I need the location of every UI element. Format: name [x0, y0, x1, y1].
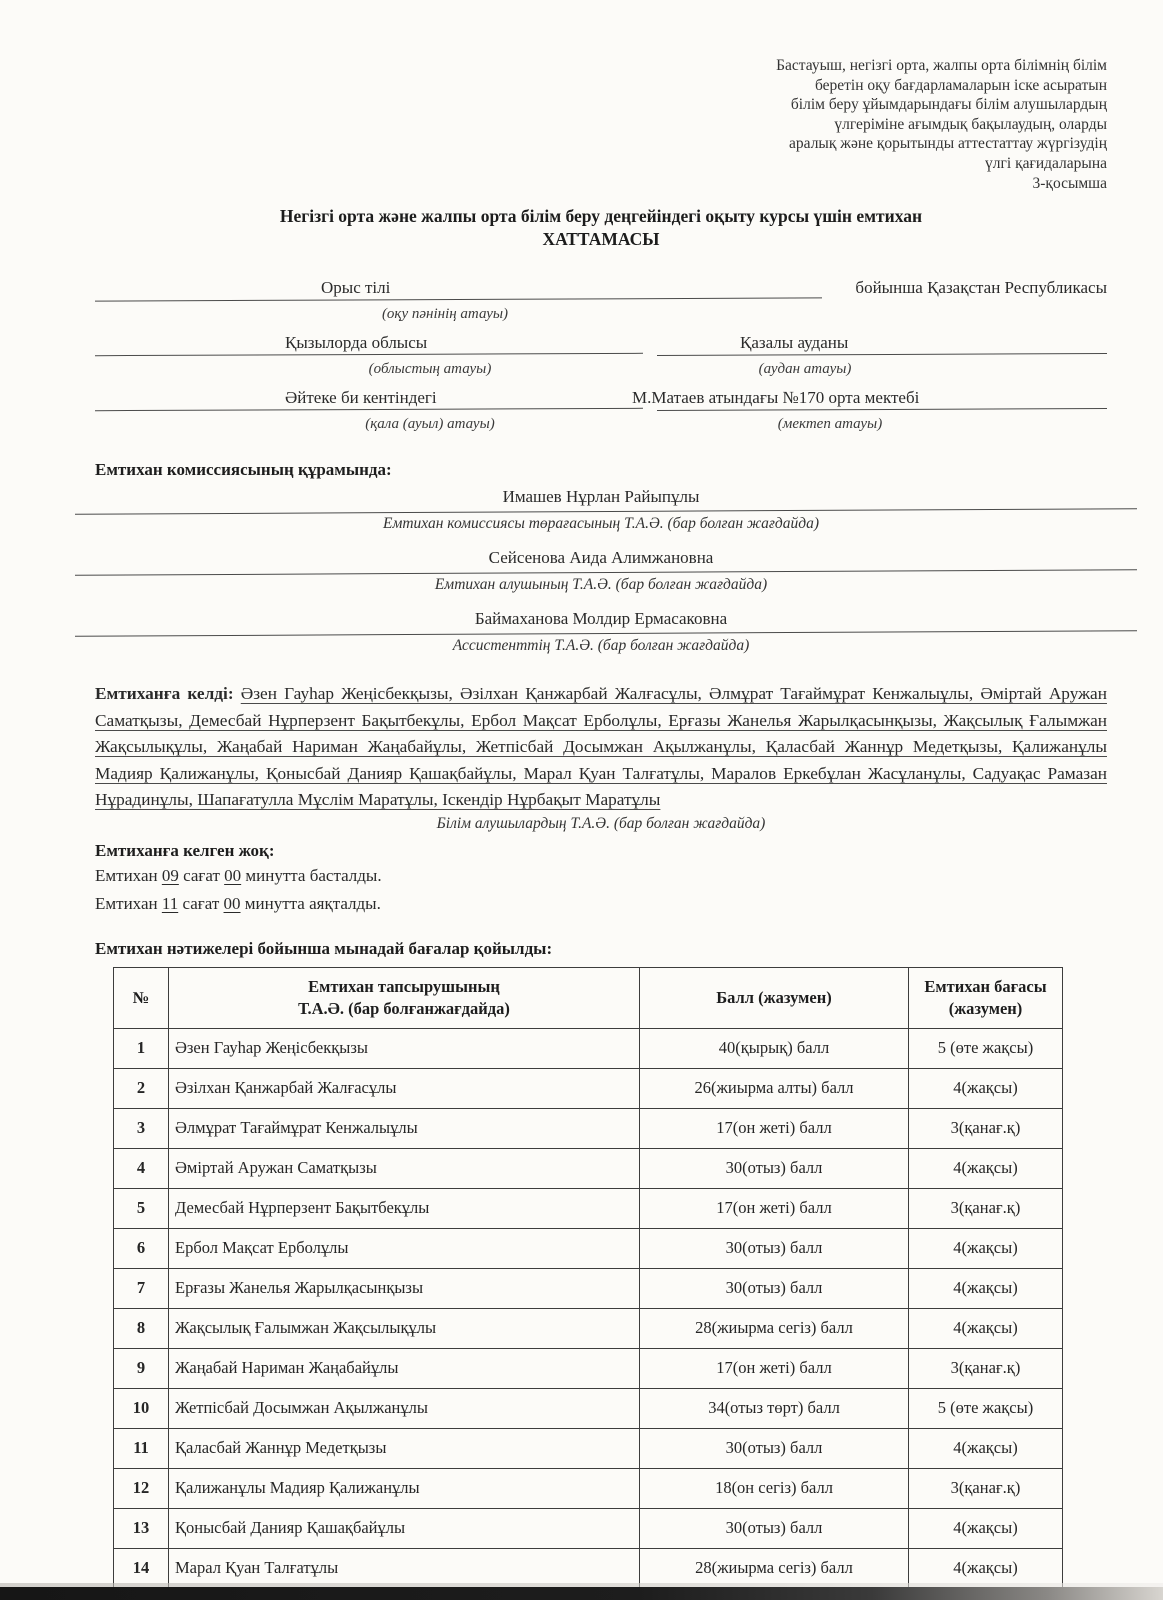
header-grade-line1: Емтихан бағасы	[913, 976, 1058, 998]
member-name: Сейсенова Аида Алимжановна	[95, 548, 1107, 568]
row-number-cell: 7	[114, 1268, 169, 1308]
member-caption: Емтихан алушының Т.А.Ә. (бар болған жағд…	[95, 573, 1107, 602]
attendees-paragraph: Емтиханға келді: Әзен Гауһар Жеңісбекқыз…	[95, 681, 1107, 814]
grade-cell: 5 (өте жақсы)	[909, 1388, 1063, 1428]
score-cell: 30(отыз) балл	[640, 1228, 909, 1268]
row-number-cell: 10	[114, 1388, 169, 1428]
commission-section: Емтихан комиссиясының құрамында: Имашев …	[95, 460, 1107, 663]
results-table: № Емтихан тапсырушының Т.А.Ә. (бар болға…	[113, 967, 1063, 1589]
student-name-cell: Жаңабай Нариман Жаңабайұлы	[169, 1348, 640, 1388]
table-row: 9 Жаңабай Нариман Жаңабайұлы 17(он жеті)…	[114, 1348, 1063, 1388]
document-title-line2: ХАТТАМАСЫ	[95, 228, 1107, 251]
score-cell: 34(отыз төрт) балл	[640, 1388, 909, 1428]
student-name-cell: Жетпісбай Досымжан Ақылжанұлы	[169, 1388, 640, 1428]
member-name: Имашев Нұрлан Райыпұлы	[95, 487, 1107, 507]
grade-cell: 3(қанағ.қ)	[909, 1188, 1063, 1228]
town-caption: (қала (ауыл) атауы)	[310, 416, 550, 433]
student-name-cell: Әлмұрат Тағаймұрат Кенжалыұлы	[169, 1108, 640, 1148]
row-number-cell: 11	[114, 1428, 169, 1468]
regulation-note-line: үлгі қағидаларына	[95, 154, 1107, 174]
row-number-cell: 5	[114, 1188, 169, 1228]
member-caption: Ассистенттің Т.А.Ә. (бар болған жағдайда…	[95, 634, 1107, 663]
commission-member: Баймаханова Молдир Ермасаковна Ассистент…	[95, 604, 1107, 663]
grade-cell: 5 (өте жақсы)	[909, 1028, 1063, 1068]
regulation-note-line: үлгеріміне ағымдық бақылаудың, оларды	[95, 115, 1107, 135]
score-cell: 28(жиырма сегіз) балл	[640, 1308, 909, 1348]
header-no: №	[114, 967, 169, 1028]
score-cell: 26(жиырма алты) балл	[640, 1068, 909, 1108]
region-caption: (облыстың атауы)	[320, 361, 540, 378]
grade-cell: 4(жақсы)	[909, 1148, 1063, 1188]
row-number-cell: 6	[114, 1228, 169, 1268]
subject-caption-row: (оқу пәнінің атауы)	[95, 305, 1107, 328]
score-cell: 30(отыз) балл	[640, 1508, 909, 1548]
regulation-note-line: білім беру ұйымдарындағы білім алушылард…	[95, 95, 1107, 115]
document-content: Бастауыш, негізгі орта, жалпы орта білім…	[95, 0, 1107, 1589]
grade-cell: 3(қанағ.қ)	[909, 1108, 1063, 1148]
document-title: Негізгі орта және жалпы орта білім беру …	[95, 205, 1107, 251]
exam-start-hour: 09	[162, 866, 179, 885]
student-name-cell: Қонысбай Данияр Қашақбайұлы	[169, 1508, 640, 1548]
row-number-cell: 8	[114, 1308, 169, 1348]
attendees-names: Әзен Гауһар Жеңісбекқызы, Әзілхан Қанжар…	[95, 684, 1107, 809]
regulation-note-line: Бастауыш, негізгі орта, жалпы орта білім…	[95, 56, 1107, 76]
table-row: 1 Әзен Гауһар Жеңісбекқызы 40(қырық) бал…	[114, 1028, 1063, 1068]
table-row: 12 Қалижанұлы Мадияр Қалижанұлы 18(он се…	[114, 1468, 1063, 1508]
grade-cell: 4(жақсы)	[909, 1508, 1063, 1548]
region-district-row: Қызылорда облысы Қазалы ауданы	[95, 328, 1107, 360]
table-row: 13 Қонысбай Данияр Қашақбайұлы 30(отыз) …	[114, 1508, 1063, 1548]
score-cell: 17(он жеті) балл	[640, 1108, 909, 1148]
score-cell: 40(қырық) балл	[640, 1028, 909, 1068]
region-value: Қызылорда облысы	[285, 333, 427, 353]
header-grade-line2: (жазумен)	[913, 998, 1058, 1020]
table-row: 2 Әзілхан Қанжарбай Жалғасұлы 26(жиырма …	[114, 1068, 1063, 1108]
scanned-document-page: Бастауыш, негізгі орта, жалпы орта білім…	[0, 0, 1163, 1600]
header-grade: Емтихан бағасы (жазумен)	[909, 967, 1063, 1028]
student-name-cell: Жақсылық Ғалымжан Жақсылықұлы	[169, 1308, 640, 1348]
table-row: 8 Жақсылық Ғалымжан Жақсылықұлы 28(жиырм…	[114, 1308, 1063, 1348]
score-cell: 30(отыз) балл	[640, 1148, 909, 1188]
exam-end-suffix: минутта аяқталды.	[245, 894, 381, 913]
student-name-cell: Ерғазы Жанелья Жарылқасынқызы	[169, 1268, 640, 1308]
table-row: 5 Демесбай Нұрперзент Бақытбекұлы 17(он …	[114, 1188, 1063, 1228]
town-school-caption-row: (қала (ауыл) атауы) (мектеп атауы)	[95, 415, 1107, 438]
exam-start-hour-word: сағат	[183, 866, 220, 885]
scan-edge	[0, 1587, 1163, 1600]
table-row: 7 Ерғазы Жанелья Жарылқасынқызы 30(отыз)…	[114, 1268, 1063, 1308]
school-caption: (мектеп атауы)	[720, 416, 940, 433]
absent-heading: Емтиханға келген жоқ:	[95, 841, 1107, 861]
row-number-cell: 12	[114, 1468, 169, 1508]
student-name-cell: Әміртай Аружан Саматқызы	[169, 1148, 640, 1188]
grade-cell: 4(жақсы)	[909, 1228, 1063, 1268]
document-title-line1: Негізгі орта және жалпы орта білім беру …	[95, 205, 1107, 228]
town-value: Әйтеке би кентіндегі	[285, 388, 437, 408]
grade-cell: 4(жақсы)	[909, 1268, 1063, 1308]
grade-cell: 4(жақсы)	[909, 1428, 1063, 1468]
score-cell: 17(он жеті) балл	[640, 1348, 909, 1388]
attendees-caption: Білім алушылардың Т.А.Ә. (бар болған жағ…	[95, 815, 1107, 833]
table-row: 3 Әлмұрат Тағаймұрат Кенжалыұлы 17(он же…	[114, 1108, 1063, 1148]
exam-end-hour: 11	[162, 894, 178, 913]
commission-member: Имашев Нұрлан Райыпұлы Емтихан комиссияс…	[95, 482, 1107, 541]
school-value: М.Матаев атындағы №170 орта мектебі	[632, 388, 919, 408]
header-name: Емтихан тапсырушының Т.А.Ә. (бар болғанж…	[169, 967, 640, 1028]
student-name-cell: Әзілхан Қанжарбай Жалғасұлы	[169, 1068, 640, 1108]
commission-member: Сейсенова Аида Алимжановна Емтихан алушы…	[95, 543, 1107, 602]
grade-cell: 4(жақсы)	[909, 1308, 1063, 1348]
score-cell: 18(он сегіз) балл	[640, 1468, 909, 1508]
exam-start-line: Емтихан 09 сағат 00 минутта басталды.	[95, 863, 1107, 889]
member-name-row: Имашев Нұрлан Райыпұлы	[95, 482, 1107, 512]
grade-cell: 4(жақсы)	[909, 1068, 1063, 1108]
exam-start-suffix: минутта басталды.	[245, 866, 381, 885]
member-name-row: Сейсенова Аида Алимжановна	[95, 543, 1107, 573]
regulation-note: Бастауыш, негізгі орта, жалпы орта білім…	[95, 56, 1107, 193]
score-cell: 17(он жеті) балл	[640, 1188, 909, 1228]
score-cell: 30(отыз) балл	[640, 1428, 909, 1468]
exam-end-prefix: Емтихан	[95, 894, 158, 913]
underline	[657, 353, 1107, 356]
regulation-note-line: 3-қосымша	[95, 174, 1107, 194]
grade-cell: 3(қанағ.қ)	[909, 1348, 1063, 1388]
row-number-cell: 13	[114, 1508, 169, 1548]
regulation-note-line: аралық және қорытынды аттестаттау жүргіз…	[95, 134, 1107, 154]
town-school-row: Әйтеке би кентіндегі М.Матаев атындағы №…	[95, 383, 1107, 415]
row-number-cell: 2	[114, 1068, 169, 1108]
member-name: Баймаханова Молдир Ермасаковна	[95, 609, 1107, 629]
score-cell: 30(отыз) балл	[640, 1268, 909, 1308]
underline	[95, 297, 822, 302]
commission-heading: Емтихан комиссиясының құрамында:	[95, 460, 1107, 480]
row-number-cell: 9	[114, 1348, 169, 1388]
row-number-cell: 1	[114, 1028, 169, 1068]
attendees-label: Емтиханға келді:	[95, 684, 234, 703]
header-name-line1: Емтихан тапсырушының	[173, 976, 635, 998]
table-row: 10 Жетпісбай Досымжан Ақылжанұлы 34(отыз…	[114, 1388, 1063, 1428]
subject-value: Орыс тілі	[321, 278, 390, 298]
row-number-cell: 3	[114, 1108, 169, 1148]
exam-end-minute: 00	[224, 894, 241, 913]
header-name-line2: Т.А.Ә. (бар болғанжағдайда)	[173, 998, 635, 1020]
results-table-body: 1 Әзен Гауһар Жеңісбекқызы 40(қырық) бал…	[114, 1028, 1063, 1588]
row-number-cell: 4	[114, 1148, 169, 1188]
district-value: Қазалы ауданы	[740, 333, 848, 353]
table-row: 6 Ербол Мақсат Ерболұлы 30(отыз) балл 4(…	[114, 1228, 1063, 1268]
subject-row: Орыс тілі бойынша Қазақстан Республикасы	[95, 273, 1107, 305]
grade-cell: 3(қанағ.қ)	[909, 1468, 1063, 1508]
results-heading: Емтихан нәтижелері бойынша мынадай бағал…	[95, 939, 1107, 959]
exam-start-prefix: Емтихан	[95, 866, 158, 885]
student-name-cell: Демесбай Нұрперзент Бақытбекұлы	[169, 1188, 640, 1228]
exam-end-line: Емтихан 11 сағат 00 минутта аяқталды.	[95, 891, 1107, 917]
subject-right-text: бойынша Қазақстан Республикасы	[855, 278, 1107, 298]
district-caption: (аудан атауы)	[695, 361, 915, 378]
region-district-caption-row: (облыстың атауы) (аудан атауы)	[95, 360, 1107, 383]
member-caption: Емтихан комиссиясы төрағасының Т.А.Ә. (б…	[95, 512, 1107, 541]
exam-start-minute: 00	[224, 866, 241, 885]
results-table-head: № Емтихан тапсырушының Т.А.Ә. (бар болға…	[114, 967, 1063, 1028]
table-row: 4 Әміртай Аружан Саматқызы 30(отыз) балл…	[114, 1148, 1063, 1188]
student-name-cell: Қаласбай Жаннұр Медетқызы	[169, 1428, 640, 1468]
exam-end-hour-word: сағат	[182, 894, 219, 913]
member-name-row: Баймаханова Молдир Ермасаковна	[95, 604, 1107, 634]
subject-caption: (оқу пәнінің атауы)	[320, 306, 570, 323]
student-name-cell: Әзен Гауһар Жеңісбекқызы	[169, 1028, 640, 1068]
form-area: Орыс тілі бойынша Қазақстан Республикасы…	[95, 273, 1107, 438]
results-header-row: № Емтихан тапсырушының Т.А.Ә. (бар болға…	[114, 967, 1063, 1028]
header-score: Балл (жазумен)	[640, 967, 909, 1028]
student-name-cell: Қалижанұлы Мадияр Қалижанұлы	[169, 1468, 640, 1508]
table-row: 11 Қаласбай Жаннұр Медетқызы 30(отыз) ба…	[114, 1428, 1063, 1468]
underline	[657, 408, 1107, 411]
regulation-note-line: беретін оқу бағдарламаларын іске асыраты…	[95, 76, 1107, 96]
student-name-cell: Ербол Мақсат Ерболұлы	[169, 1228, 640, 1268]
